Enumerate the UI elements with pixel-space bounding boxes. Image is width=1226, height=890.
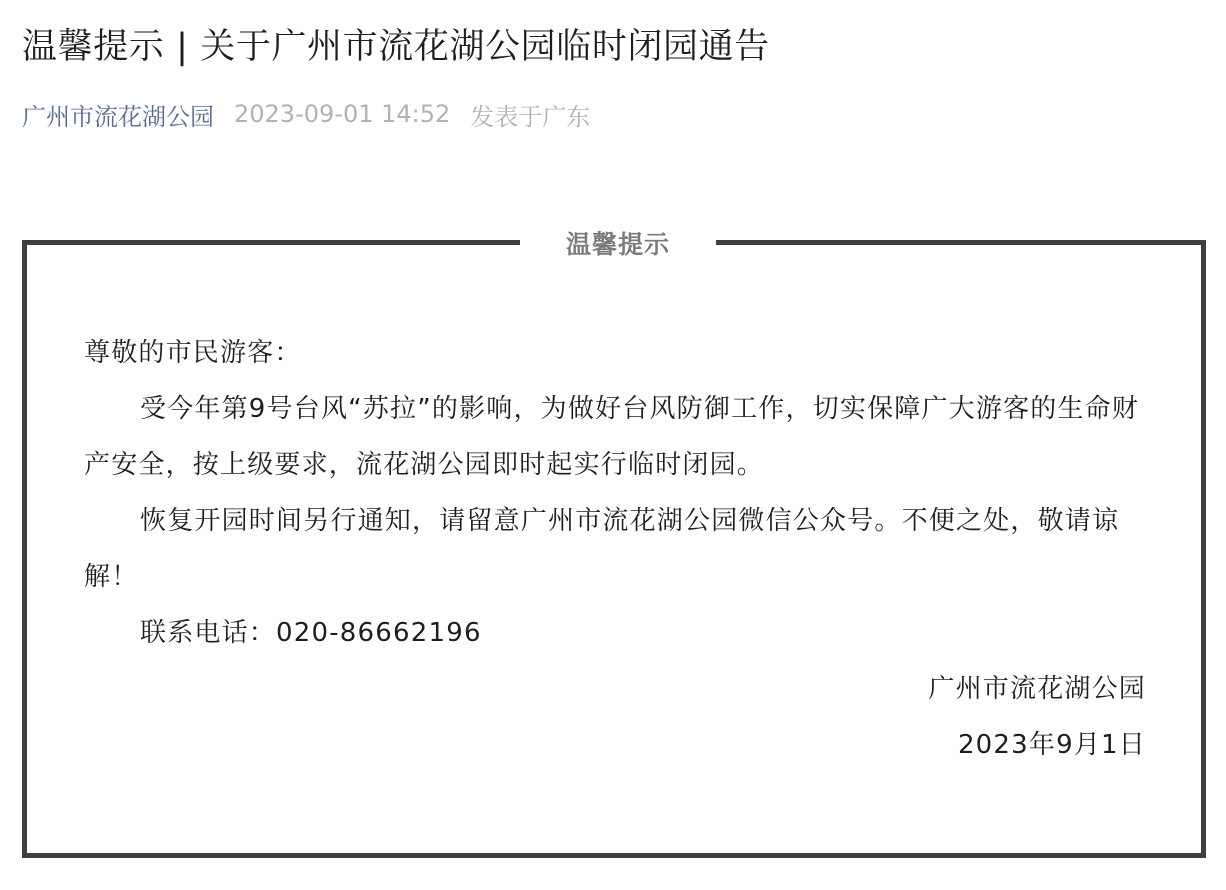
- notice-content: 尊敬的市民游客： 受今年第9号台风“苏拉”的影响，为做好台风防御工作，切实保障广…: [84, 325, 1146, 773]
- author-link[interactable]: 广州市流花湖公园: [22, 97, 214, 132]
- article-meta: 广州市流花湖公园 2023-09-01 14:52 发表于广东: [22, 96, 590, 132]
- notice-box: 温馨提示 尊敬的市民游客： 受今年第9号台风“苏拉”的影响，为做好台风防御工作，…: [22, 240, 1206, 858]
- notice-legend: 温馨提示: [520, 227, 716, 263]
- notice-paragraph: 受今年第9号台风“苏拉”的影响，为做好台风防御工作，切实保障广大游客的生命财产安…: [84, 381, 1146, 493]
- signature-date: 2023年9月1日: [84, 717, 1146, 773]
- notice-greeting: 尊敬的市民游客：: [84, 325, 1146, 381]
- signature-organization: 广州市流花湖公园: [84, 661, 1146, 717]
- publish-time: 2023-09-01 14:52: [234, 100, 450, 128]
- publish-location: 发表于广东: [470, 97, 590, 132]
- contact-phone: 联系电话：020-86662196: [84, 605, 1146, 661]
- article-title: 温馨提示 | 关于广州市流花湖公园临时闭园通告: [22, 22, 770, 72]
- notice-paragraph: 恢复开园时间另行通知，请留意广州市流花湖公园微信公众号。不便之处，敬请谅解！: [84, 493, 1146, 605]
